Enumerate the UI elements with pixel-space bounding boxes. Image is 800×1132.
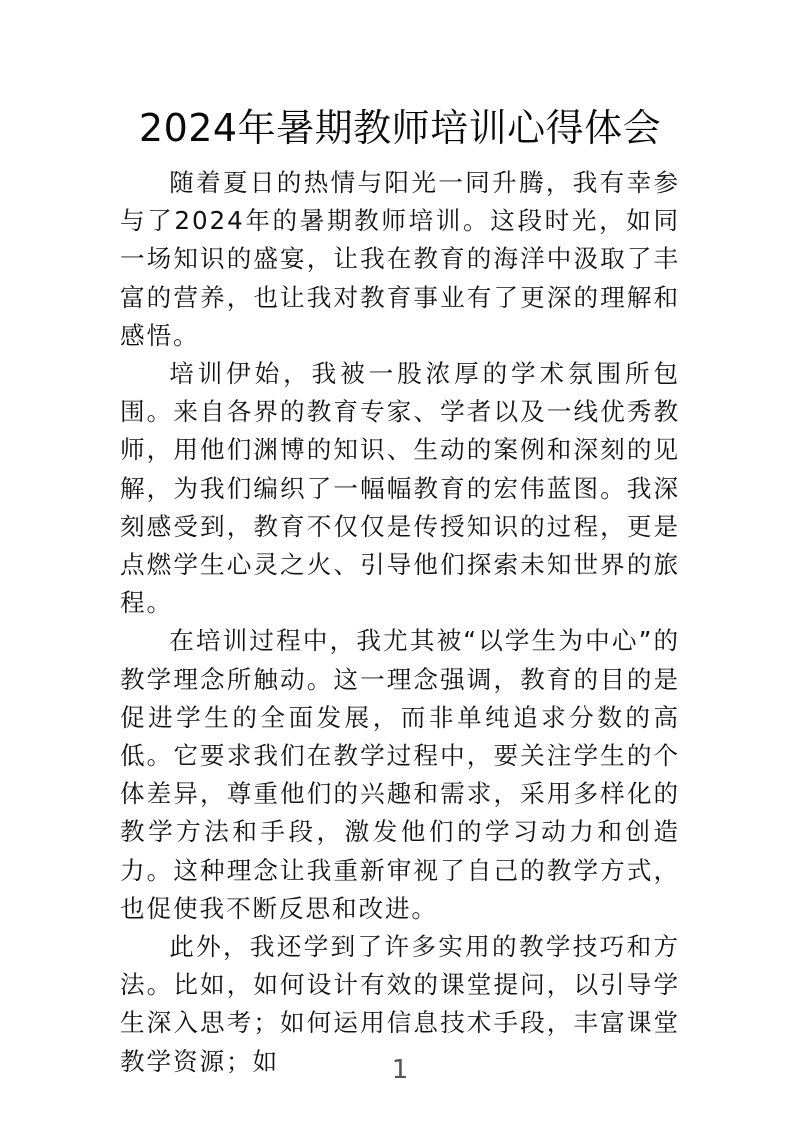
paragraph-3: 在培训过程中，我尤其被“以学生为中心”的教学理念所触动。这一理念强调，教育的目的… [120,622,680,928]
document-body: 随着夏日的热情与阳光一同升腾，我有幸参与了2024年的暑期教师培训。这段时光，如… [120,164,680,1081]
document-page: 2024年暑期教师培训心得体会 随着夏日的热情与阳光一同升腾，我有幸参与了202… [0,0,800,1132]
paragraph-1: 随着夏日的热情与阳光一同升腾，我有幸参与了2024年的暑期教师培训。这段时光，如… [120,164,680,355]
page-number: 1 [0,1050,800,1090]
paragraph-2: 培训伊始，我被一股浓厚的学术氛围所包围。来自各界的教育专家、学者以及一线优秀教师… [120,355,680,622]
document-title: 2024年暑期教师培训心得体会 [0,100,800,156]
